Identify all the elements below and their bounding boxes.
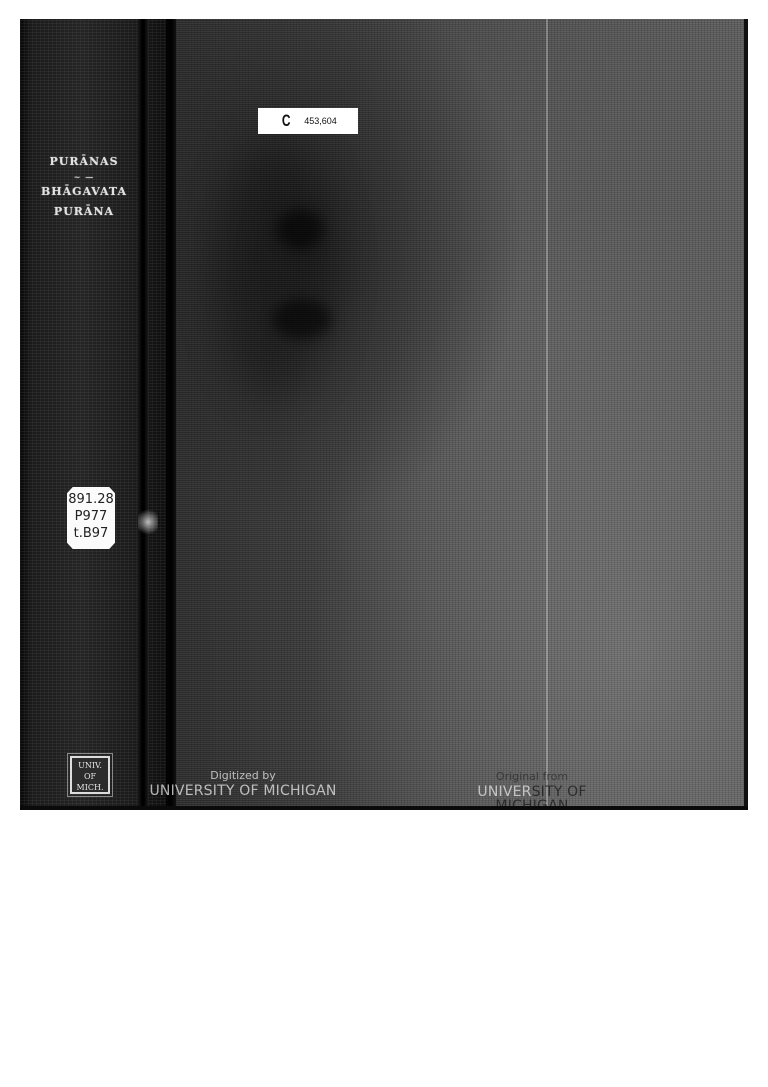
spine-wear-mark — [138, 507, 158, 537]
spine-title-line-3: PURĀNA — [54, 205, 114, 218]
barcode-prefix: C — [282, 111, 291, 131]
stamp-line-1: UNIV. — [72, 760, 108, 771]
spine-groove — [138, 19, 148, 810]
barcode-label: C 453,604 — [258, 108, 358, 134]
cover-crease — [546, 19, 548, 810]
digitized-by-watermark: Digitized by UNIVERSITY OF MICHIGAN — [148, 770, 338, 798]
watermark-line-1: Digitized by — [148, 770, 338, 781]
call-number-line-1: 891.28 — [67, 491, 115, 508]
stamp-line-2: OF — [72, 771, 108, 782]
bottom-edge — [20, 806, 748, 810]
watermark-line-2: UNIVERSITY OF MICHIGAN — [148, 784, 338, 798]
hinge — [166, 19, 176, 810]
book-cover-scan: PURĀNAS ~ — BHĀGAVATA PURĀNA 891.28 P977… — [20, 19, 748, 810]
library-stamp: UNIV. OF MICH. — [70, 756, 110, 794]
spine-title-line-1: PURĀNAS — [49, 155, 118, 168]
shadow-area — [216, 139, 336, 399]
stamp-line-3: MICH. — [72, 782, 108, 793]
book-spine: PURĀNAS ~ — BHĀGAVATA PURĀNA 891.28 P977… — [20, 19, 172, 810]
spine-ornament: ~ — — [28, 172, 140, 182]
spine-title-line-2: BHĀGAVATA — [41, 185, 127, 198]
call-number-line-3: t.B97 — [67, 525, 115, 542]
call-number-label: 891.28 P977 t.B97 — [67, 487, 115, 549]
cover-edge — [744, 19, 748, 810]
front-cover: C 453,604 — [176, 19, 748, 810]
barcode-number: 453,604 — [304, 116, 337, 126]
spine-title: PURĀNAS ~ — BHĀGAVATA PURĀNA — [28, 152, 140, 222]
watermark-line-1: Original from — [442, 771, 622, 782]
call-number-line-2: P977 — [67, 508, 115, 525]
original-from-watermark: Original from UNIVERSITY OF MICHIGAN — [442, 771, 622, 810]
